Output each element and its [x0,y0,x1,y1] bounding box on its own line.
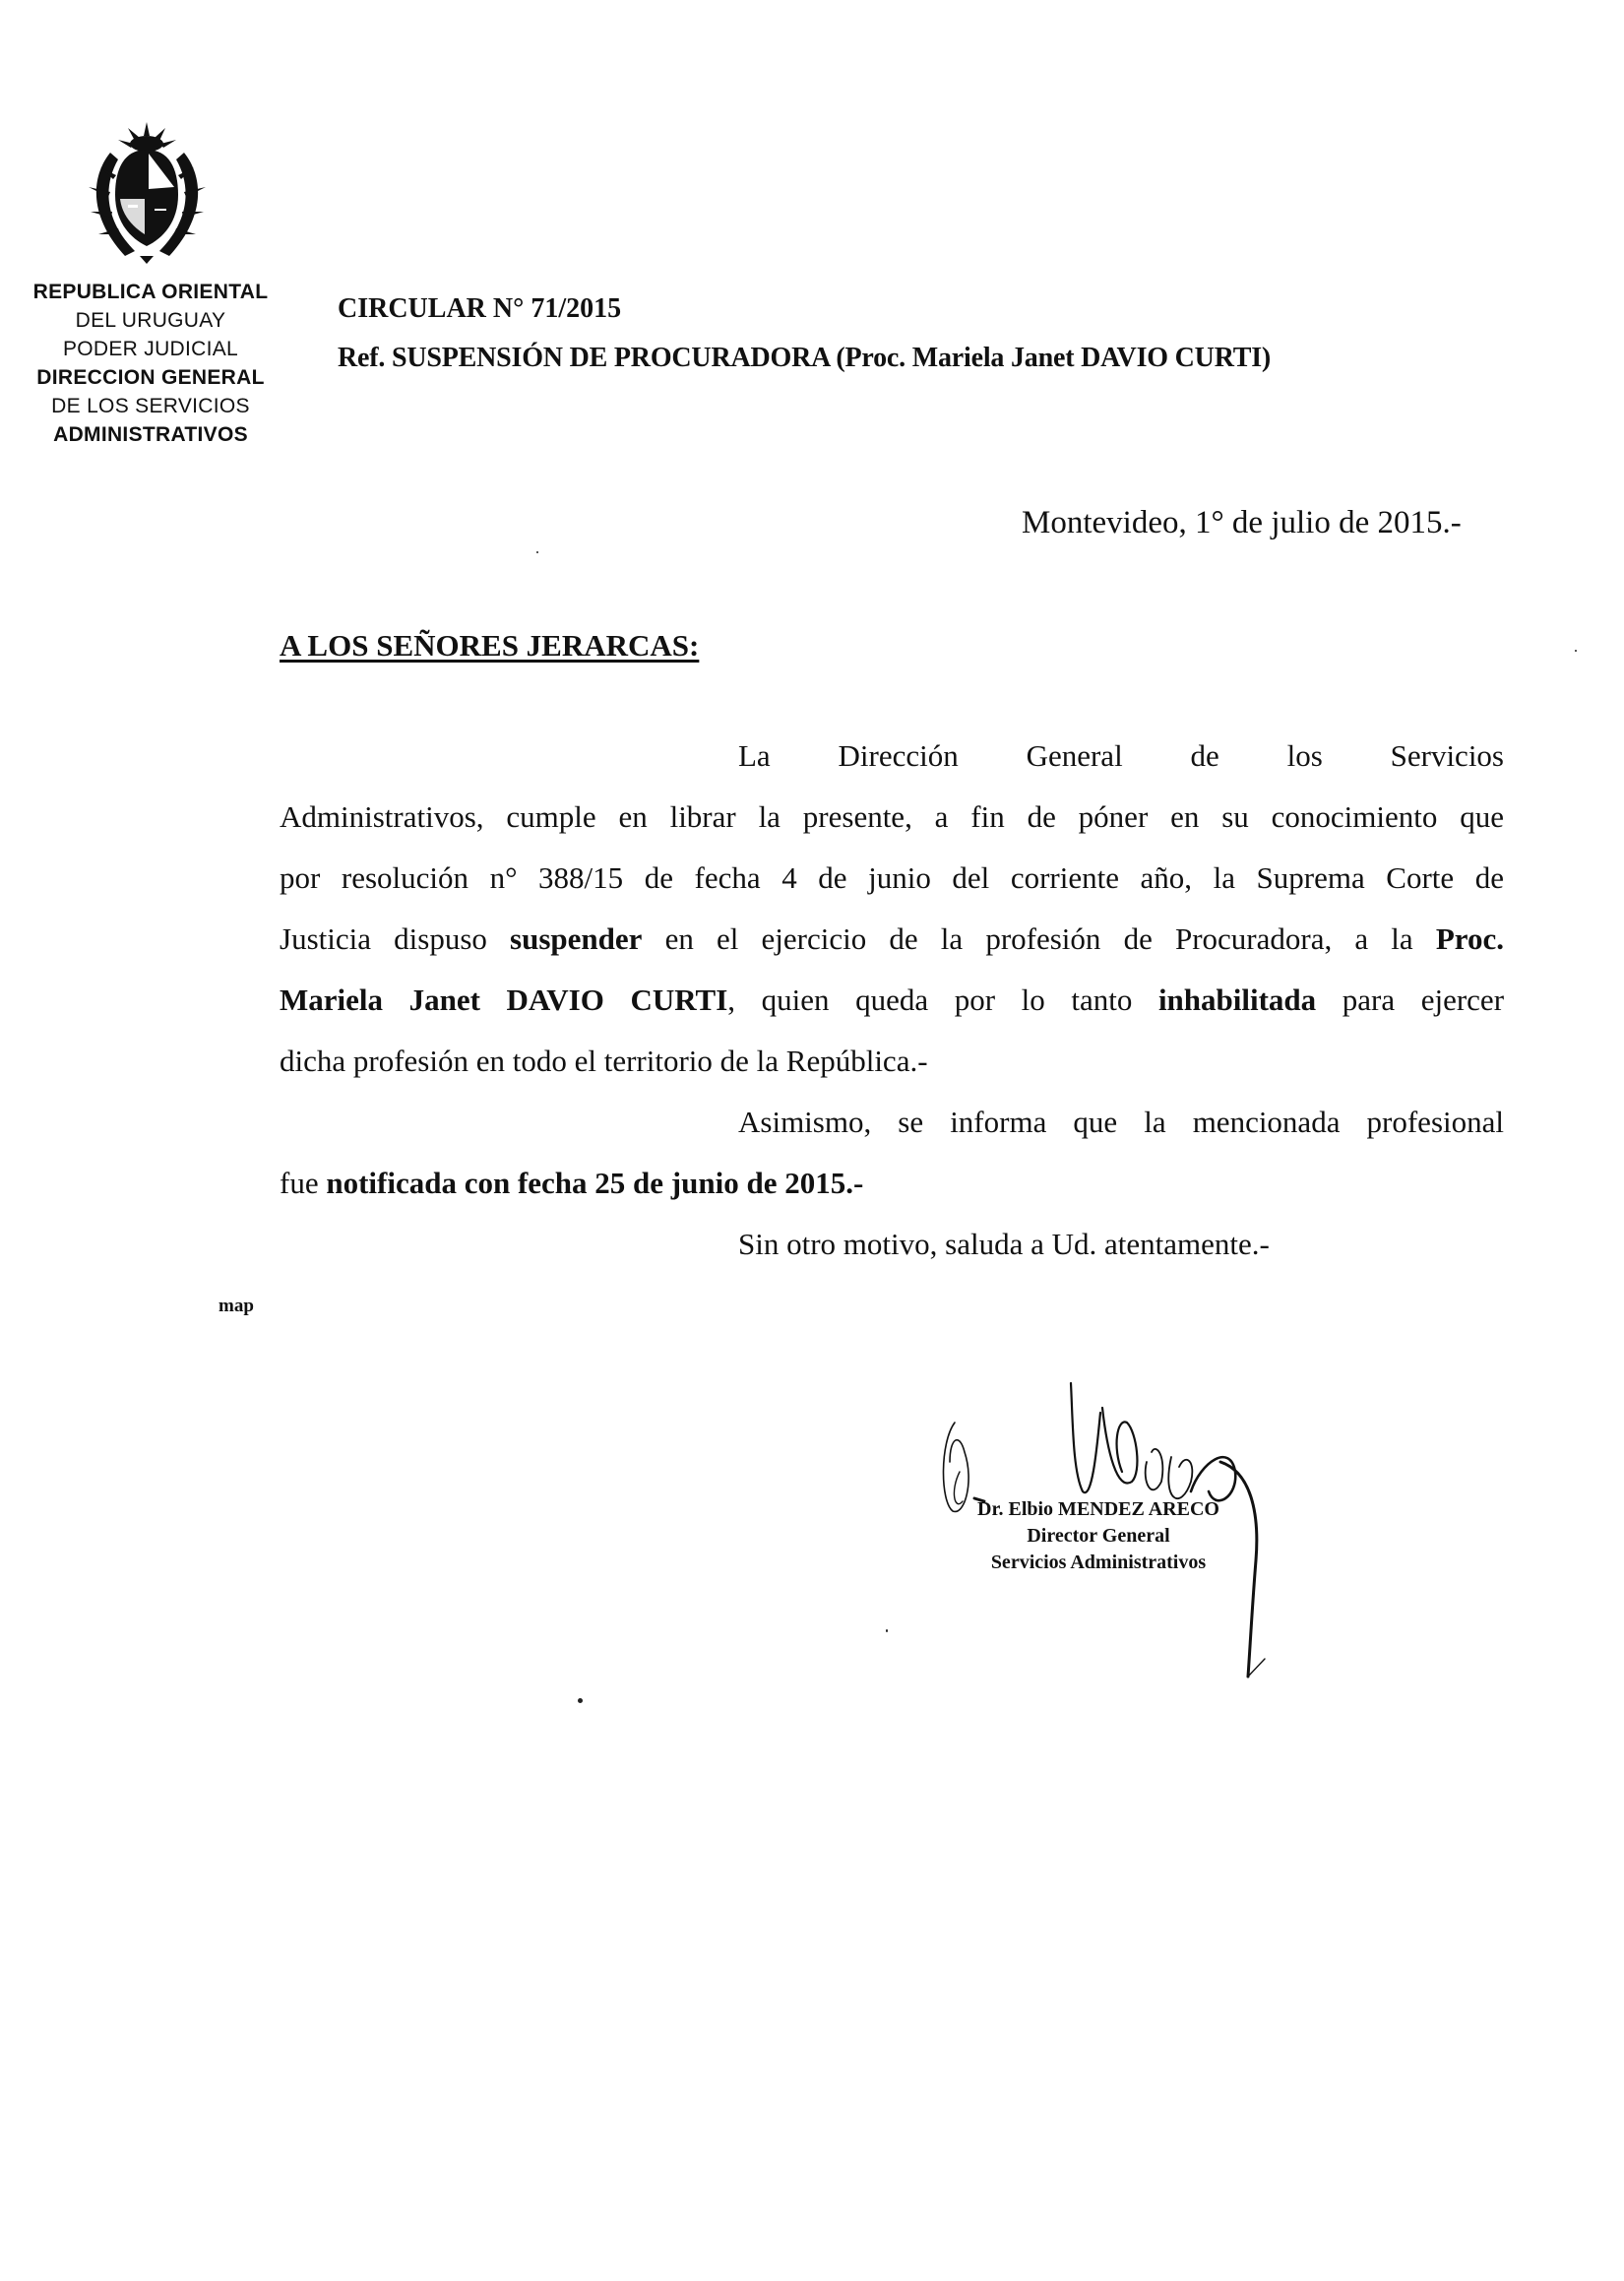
closing-line: Sin otro motivo, saluda a Ud. atentament… [738,1227,1270,1262]
signer-department: Servicios Administrativos [977,1550,1219,1576]
document-header: CIRCULAR N° 71/2015 Ref. SUSPENSIÓN DE P… [338,293,1271,374]
emphasis-name: Mariela Janet DAVIO CURTI [280,982,727,1017]
typist-initials: map [219,1296,254,1317]
letterhead-line: ADMINISTRATIVOS [28,420,274,449]
letterhead-line: DE LOS SERVICIOS [28,392,274,420]
emphasis-suspender: suspender [510,921,642,956]
reference-line: Ref. SUSPENSIÓN DE PROCURADORA (Proc. Ma… [338,343,1271,374]
circular-number: CIRCULAR N° 71/2015 [338,293,1271,325]
scan-speck [578,1698,583,1703]
body-line: Asimismo, se informa que la mencionada p… [738,1105,1504,1140]
closing-text: Sin otro motivo, saluda a Ud. atentament… [738,1227,1270,1261]
letterhead-line: DEL URUGUAY [28,306,274,335]
scan-speck [886,1629,888,1632]
signer-block: Dr. Elbio MENDEZ ARECO Director General … [977,1496,1219,1576]
body-text: en el ejercicio de la profesión de Procu… [642,921,1435,956]
body-line: dicha profesión en todo el territorio de… [280,1044,928,1079]
coat-of-arms-icon [81,118,214,266]
body-line: Mariela Janet DAVIO CURTI, quien queda p… [280,982,1504,1018]
letterhead-line: PODER JUDICIAL [28,335,274,363]
body-text: Asimismo, se informa que la mencionada p… [738,1105,1504,1139]
body-text: por resolución n° 388/15 de fecha 4 de j… [280,860,1504,895]
body-text: fue [280,1166,326,1200]
letterhead-line: DIRECCION GENERAL [28,363,274,392]
emphasis-inhabilitada: inhabilitada [1158,982,1316,1017]
date-line: Montevideo, 1° de julio de 2015.- [1022,505,1462,541]
letter-body: La Dirección General de los Servicios Ad… [280,738,1504,1250]
body-text: Administrativos, cumple en librar la pre… [280,799,1504,834]
body-line: Administrativos, cumple en librar la pre… [280,799,1504,835]
letterhead-line: REPUBLICA ORIENTAL [28,278,274,306]
scan-speck [536,551,538,553]
body-text: dicha profesión en todo el territorio de… [280,1044,928,1078]
emphasis-proc: Proc. [1436,921,1504,956]
letterhead-organization: REPUBLICA ORIENTAL DEL URUGUAY PODER JUD… [28,278,274,449]
emphasis-notification-date: notificada con fecha 25 de junio de 2015… [326,1166,863,1200]
signer-name: Dr. Elbio MENDEZ ARECO [977,1496,1219,1523]
addressee: A LOS SEÑORES JERARCAS: [280,628,699,664]
body-text: para ejercer [1316,982,1504,1017]
scan-speck [1575,650,1577,652]
body-line: por resolución n° 388/15 de fecha 4 de j… [280,860,1504,896]
signer-title: Director General [977,1523,1219,1550]
body-line: La Dirección General de los Servicios [738,738,1504,774]
body-text: La Dirección General de los Servicios [738,738,1504,773]
body-text: , quien queda por lo tanto [727,982,1158,1017]
body-line: fue notificada con fecha 25 de junio de … [280,1166,863,1201]
body-text: Justicia dispuso [280,921,510,956]
body-line: Justicia dispuso suspender en el ejercic… [280,921,1504,957]
